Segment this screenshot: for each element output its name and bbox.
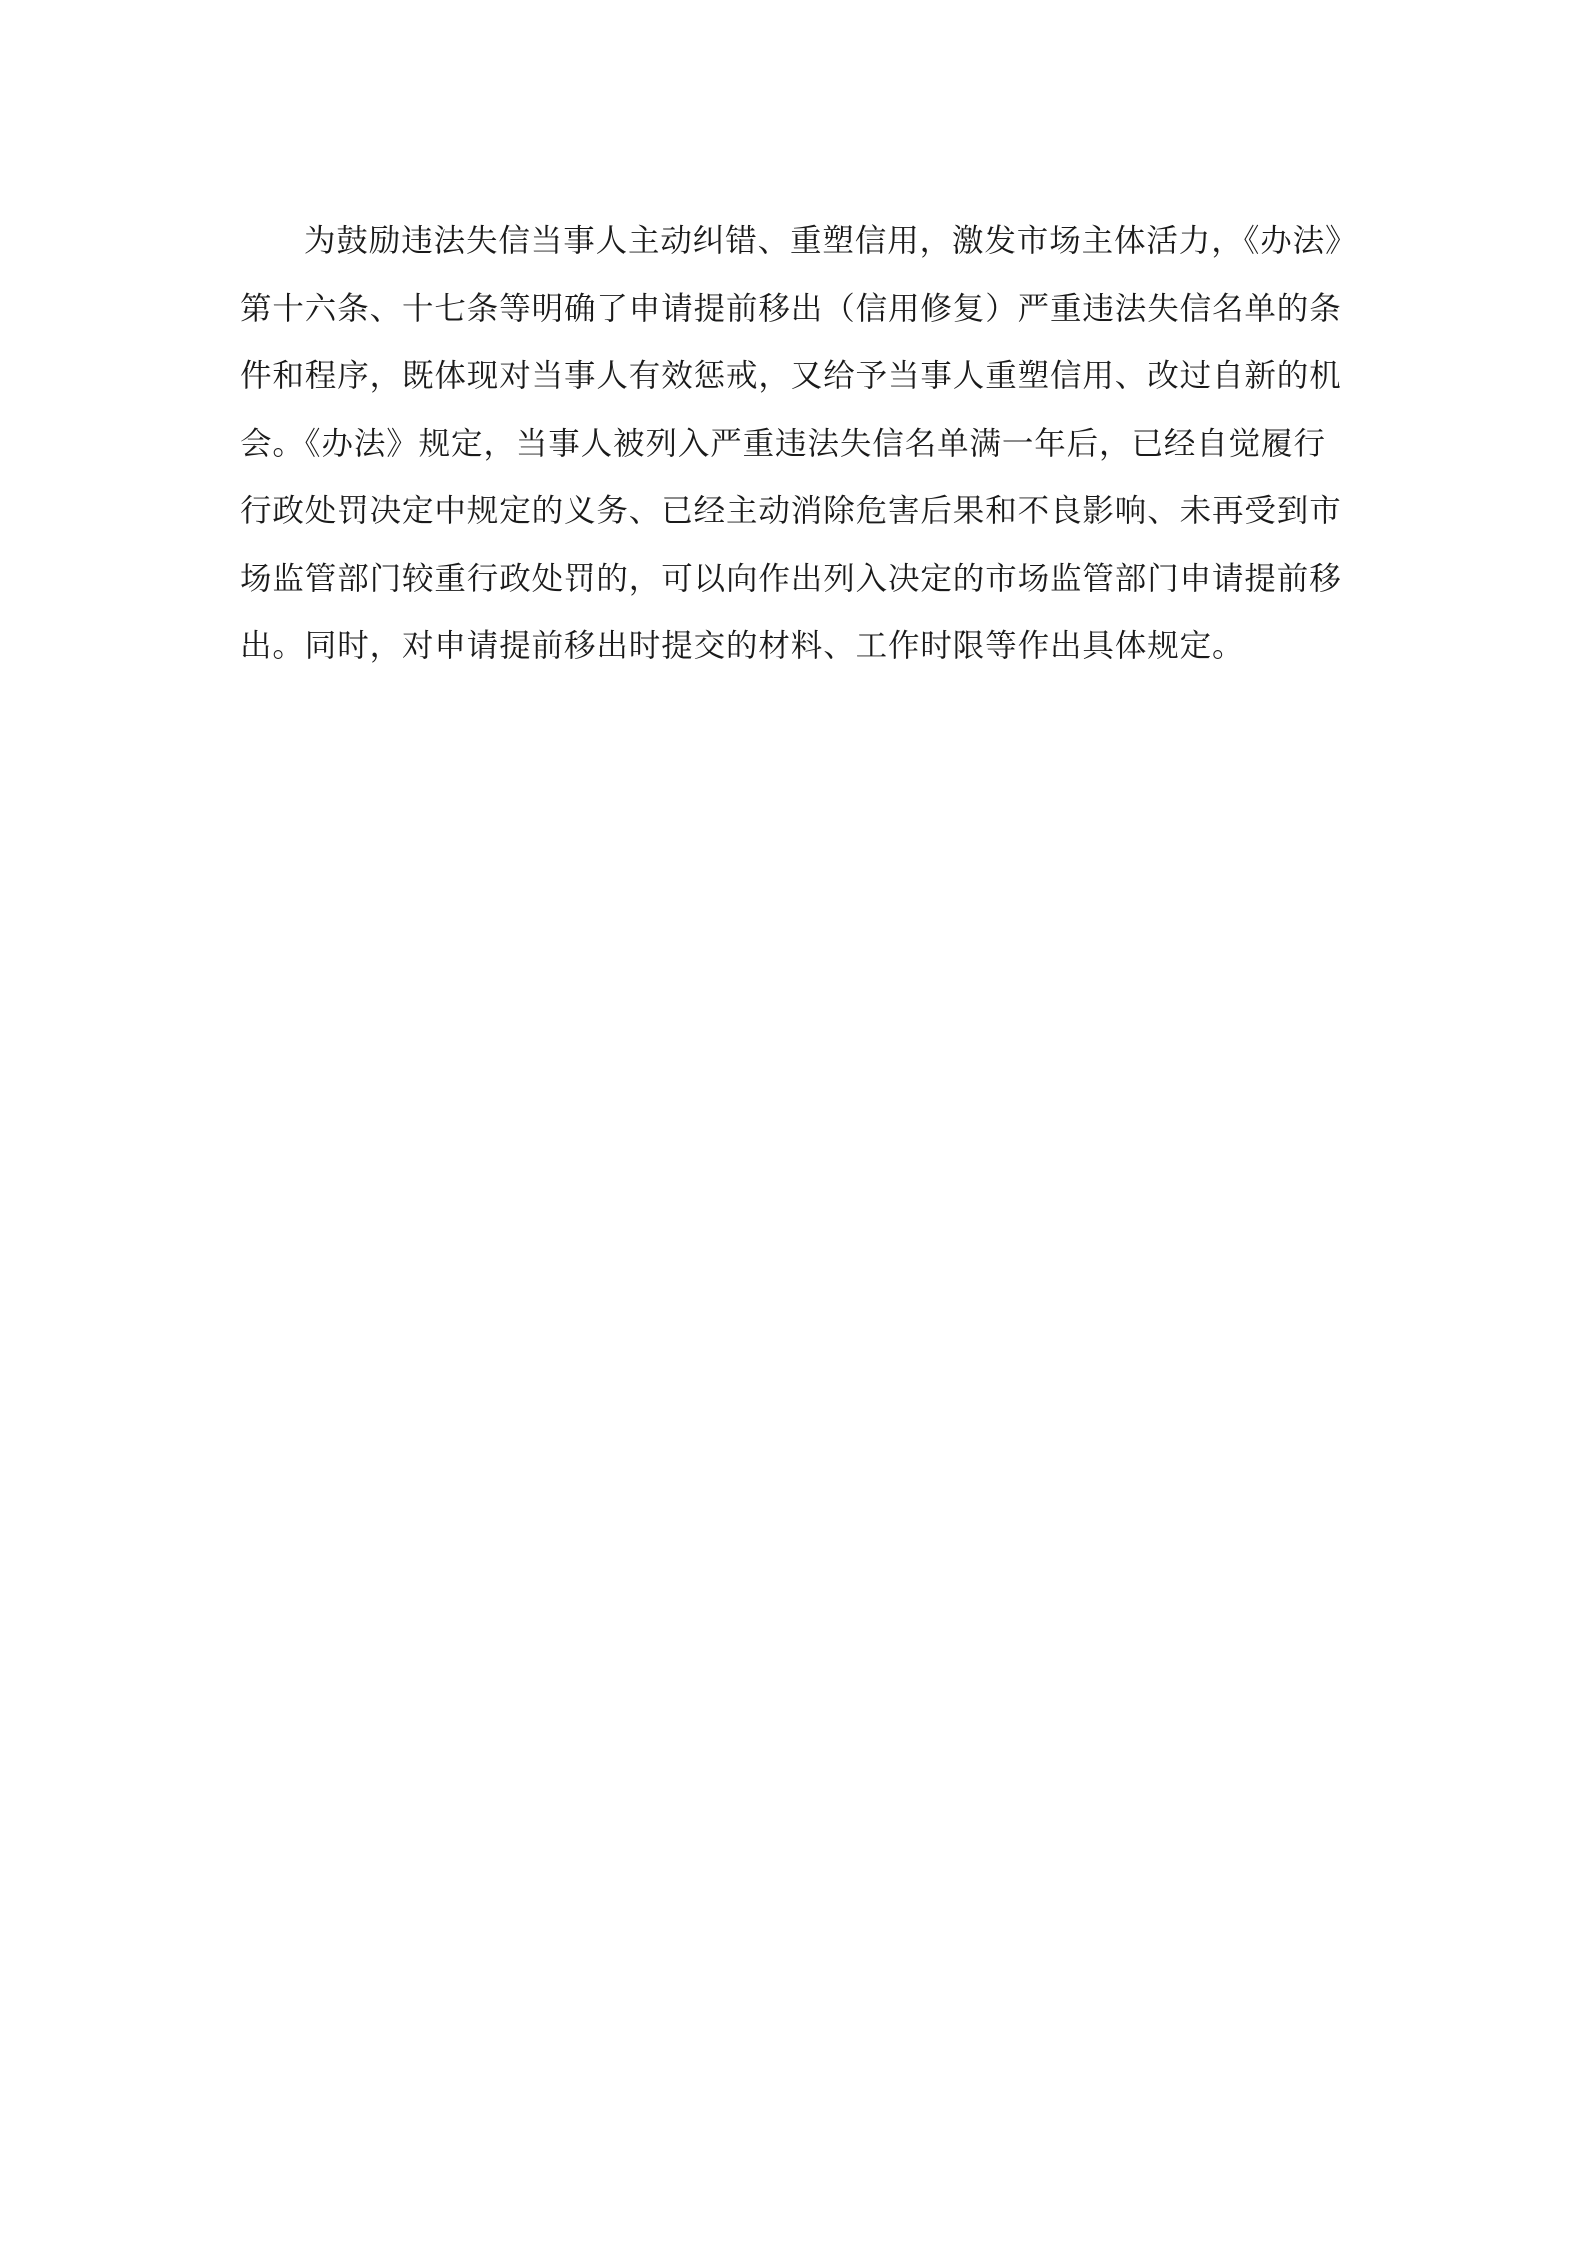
- document-page: 为鼓励违法失信当事人主动纠错、重塑信用，激发市场主体活力，《办法》 第十六条、十…: [0, 0, 1587, 2245]
- body-paragraph: 为鼓励违法失信当事人主动纠错、重塑信用，激发市场主体活力，《办法》 第十六条、十…: [240, 208, 1360, 681]
- paragraph-line: 场监管部门较重行政处罚的，可以向作出列入决定的市场监管部门申请提前移: [240, 546, 1360, 614]
- paragraph-line: 行政处罚决定中规定的义务、已经主动消除危害后果和不良影响、未再受到市: [240, 478, 1360, 546]
- paragraph-line: 件和程序，既体现对当事人有效惩戒，又给予当事人重塑信用、改过自新的机: [240, 343, 1360, 411]
- paragraph-line: 会。《办法》规定，当事人被列入严重违法失信名单满一年后，已经自觉履行: [240, 411, 1360, 479]
- paragraph-line: 为鼓励违法失信当事人主动纠错、重塑信用，激发市场主体活力，《办法》: [240, 208, 1360, 276]
- paragraph-line: 出。同时，对申请提前移出时提交的材料、工作时限等作出具体规定。: [240, 613, 1360, 681]
- paragraph-line: 第十六条、十七条等明确了申请提前移出（信用修复）严重违法失信名单的条: [240, 276, 1360, 344]
